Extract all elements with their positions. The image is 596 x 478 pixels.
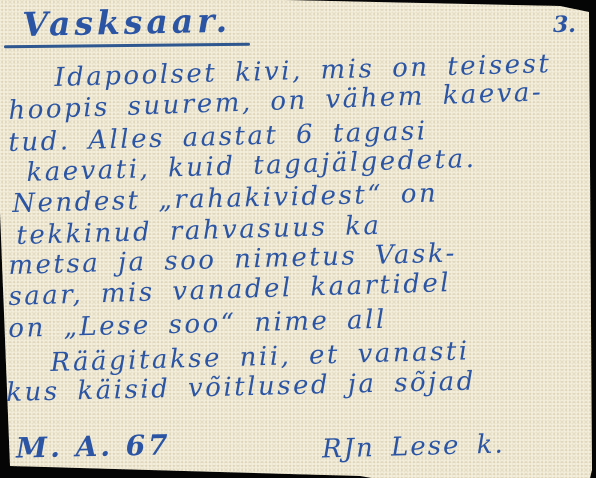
scan-background: Vasksaar. 3. Idapoolset kivi, mis on tei… [0,0,596,478]
collector-date-note: M. A. 67 [16,428,171,464]
signature-note: RJn Lese k. [322,429,505,464]
card-title: Vasksaar. [22,1,231,44]
handwritten-line: on „Lese soo“ nime all [8,305,387,344]
index-card: Vasksaar. 3. Idapoolset kivi, mis on tei… [0,0,596,478]
page-number: 3. [553,12,576,38]
